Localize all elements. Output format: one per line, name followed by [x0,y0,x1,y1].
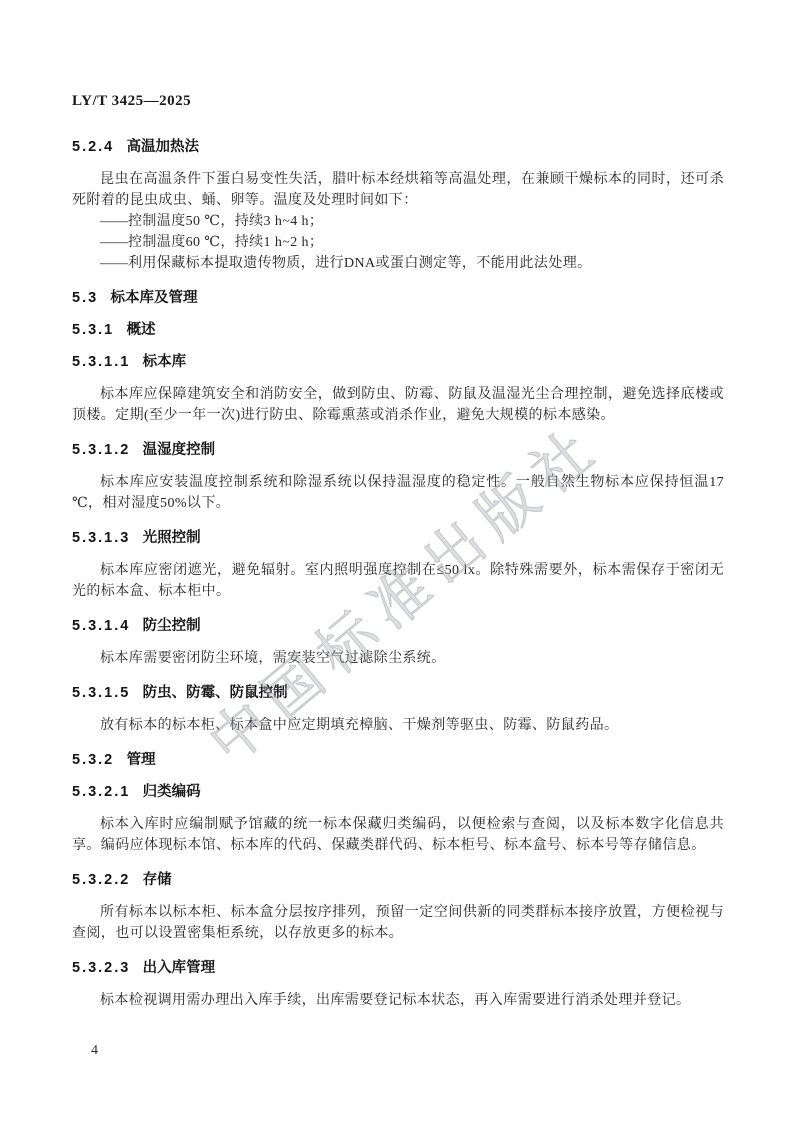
dash-list-item: ——利用保藏标本提取遗传物质，进行DNA或蛋白测定等，不能用此法处理。 [72,253,724,274]
section-number: 5.3 [72,290,98,306]
section-heading-5.3: 5.3标本库及管理 [72,290,724,306]
section-heading-5.3.2.1: 5.3.2.1归类编码 [72,784,724,800]
section-number: 5.3.1.5 [72,685,130,701]
paragraph: 放有标本的标本柜、标本盒中应定期填充樟脑、干燥剂等驱虫、防霉、防鼠药品。 [72,715,724,736]
dash-marker: —— [100,256,128,271]
section-heading-5.3.2: 5.3.2管理 [72,752,724,768]
paragraph: 标本库需要密闭防尘环境，需安装空气过滤除尘系统。 [72,648,724,669]
dash-item-text: 控制温度60 ℃，持续1 h~2 h； [128,235,323,250]
section-title: 出入库管理 [143,960,216,976]
section-number: 5.3.1.4 [72,618,130,634]
section-heading-5.2.4: 5.2.4高温加热法 [72,139,724,155]
section-number: 5.3.1 [72,322,114,338]
section-number: 5.3.1.1 [72,354,130,370]
section-title: 温湿度控制 [143,442,216,458]
section-number: 5.3.1.2 [72,442,130,458]
section-heading-5.3.1.5: 5.3.1.5防虫、防霉、防鼠控制 [72,685,724,701]
section-title: 防虫、防霉、防鼠控制 [143,685,288,701]
section-title: 存储 [143,872,172,888]
section-number: 5.2.4 [72,139,114,155]
dash-item-text: 利用保藏标本提取遗传物质，进行DNA或蛋白测定等，不能用此法处理。 [128,256,592,271]
standard-code-header: LY/T 3425—2025 [72,93,724,110]
paragraph: 标本库应保障建筑安全和消防安全，做到防虫、防霉、防鼠及温湿光尘合理控制，避免选择… [72,384,724,426]
dash-list-item: ——控制温度50 ℃，持续3 h~4 h； [72,211,724,232]
dash-marker: —— [100,235,128,250]
section-number: 5.3.2.2 [72,872,130,888]
document-page: 中国标准出版社 LY/T 3425—2025 5.2.4高温加热法 昆虫在高温条… [0,0,794,1123]
paragraph: 所有标本以标本柜、标本盒分层按序排列，预留一定空间供新的同类群标本接序放置，方便… [72,902,724,944]
page-content: LY/T 3425—2025 5.2.4高温加热法 昆虫在高温条件下蛋白易变性失… [72,0,724,1011]
paragraph: 标本入库时应编制赋予馆藏的统一标本保藏归类编码，以便检索与查阅，以及标本数字化信… [72,814,724,856]
section-title: 高温加热法 [127,139,200,155]
section-title: 管理 [127,752,156,768]
section-title: 归类编码 [143,784,201,800]
section-heading-5.3.1.1: 5.3.1.1标本库 [72,354,724,370]
page-number: 4 [91,1043,98,1059]
dash-marker: —— [100,214,128,229]
section-heading-5.3.2.2: 5.3.2.2存储 [72,872,724,888]
section-heading-5.3.1.4: 5.3.1.4防尘控制 [72,618,724,634]
section-title: 概述 [127,322,156,338]
section-heading-5.3.1.2: 5.3.1.2温湿度控制 [72,442,724,458]
paragraph: 标本库应安装温度控制系统和除湿系统以保持温湿度的稳定性。一般自然生物标本应保持恒… [72,472,724,514]
section-title: 光照控制 [143,530,201,546]
dash-list-item: ——控制温度60 ℃，持续1 h~2 h； [72,232,724,253]
paragraph: 标本库应密闭遮光，避免辐射。室内照明强度控制在≤50 lx。除特殊需要外，标本需… [72,560,724,602]
section-heading-5.3.1: 5.3.1概述 [72,322,724,338]
section-number: 5.3.2.1 [72,784,130,800]
section-heading-5.3.1.3: 5.3.1.3光照控制 [72,530,724,546]
section-number: 5.3.2 [72,752,114,768]
section-number: 5.3.1.3 [72,530,130,546]
section-title: 标本库及管理 [110,290,197,306]
section-number: 5.3.2.3 [72,960,130,976]
section-title: 标本库 [143,354,187,370]
section-heading-5.3.2.3: 5.3.2.3出入库管理 [72,960,724,976]
paragraph: 昆虫在高温条件下蛋白易变性失活，腊叶标本经烘箱等高温处理，在兼顾干燥标本的同时，… [72,169,724,211]
paragraph: 标本检视调用需办理出入库手续，出库需要登记标本状态，再入库需要进行消杀处理并登记… [72,990,724,1011]
section-title: 防尘控制 [143,618,201,634]
dash-item-text: 控制温度50 ℃，持续3 h~4 h； [128,214,323,229]
